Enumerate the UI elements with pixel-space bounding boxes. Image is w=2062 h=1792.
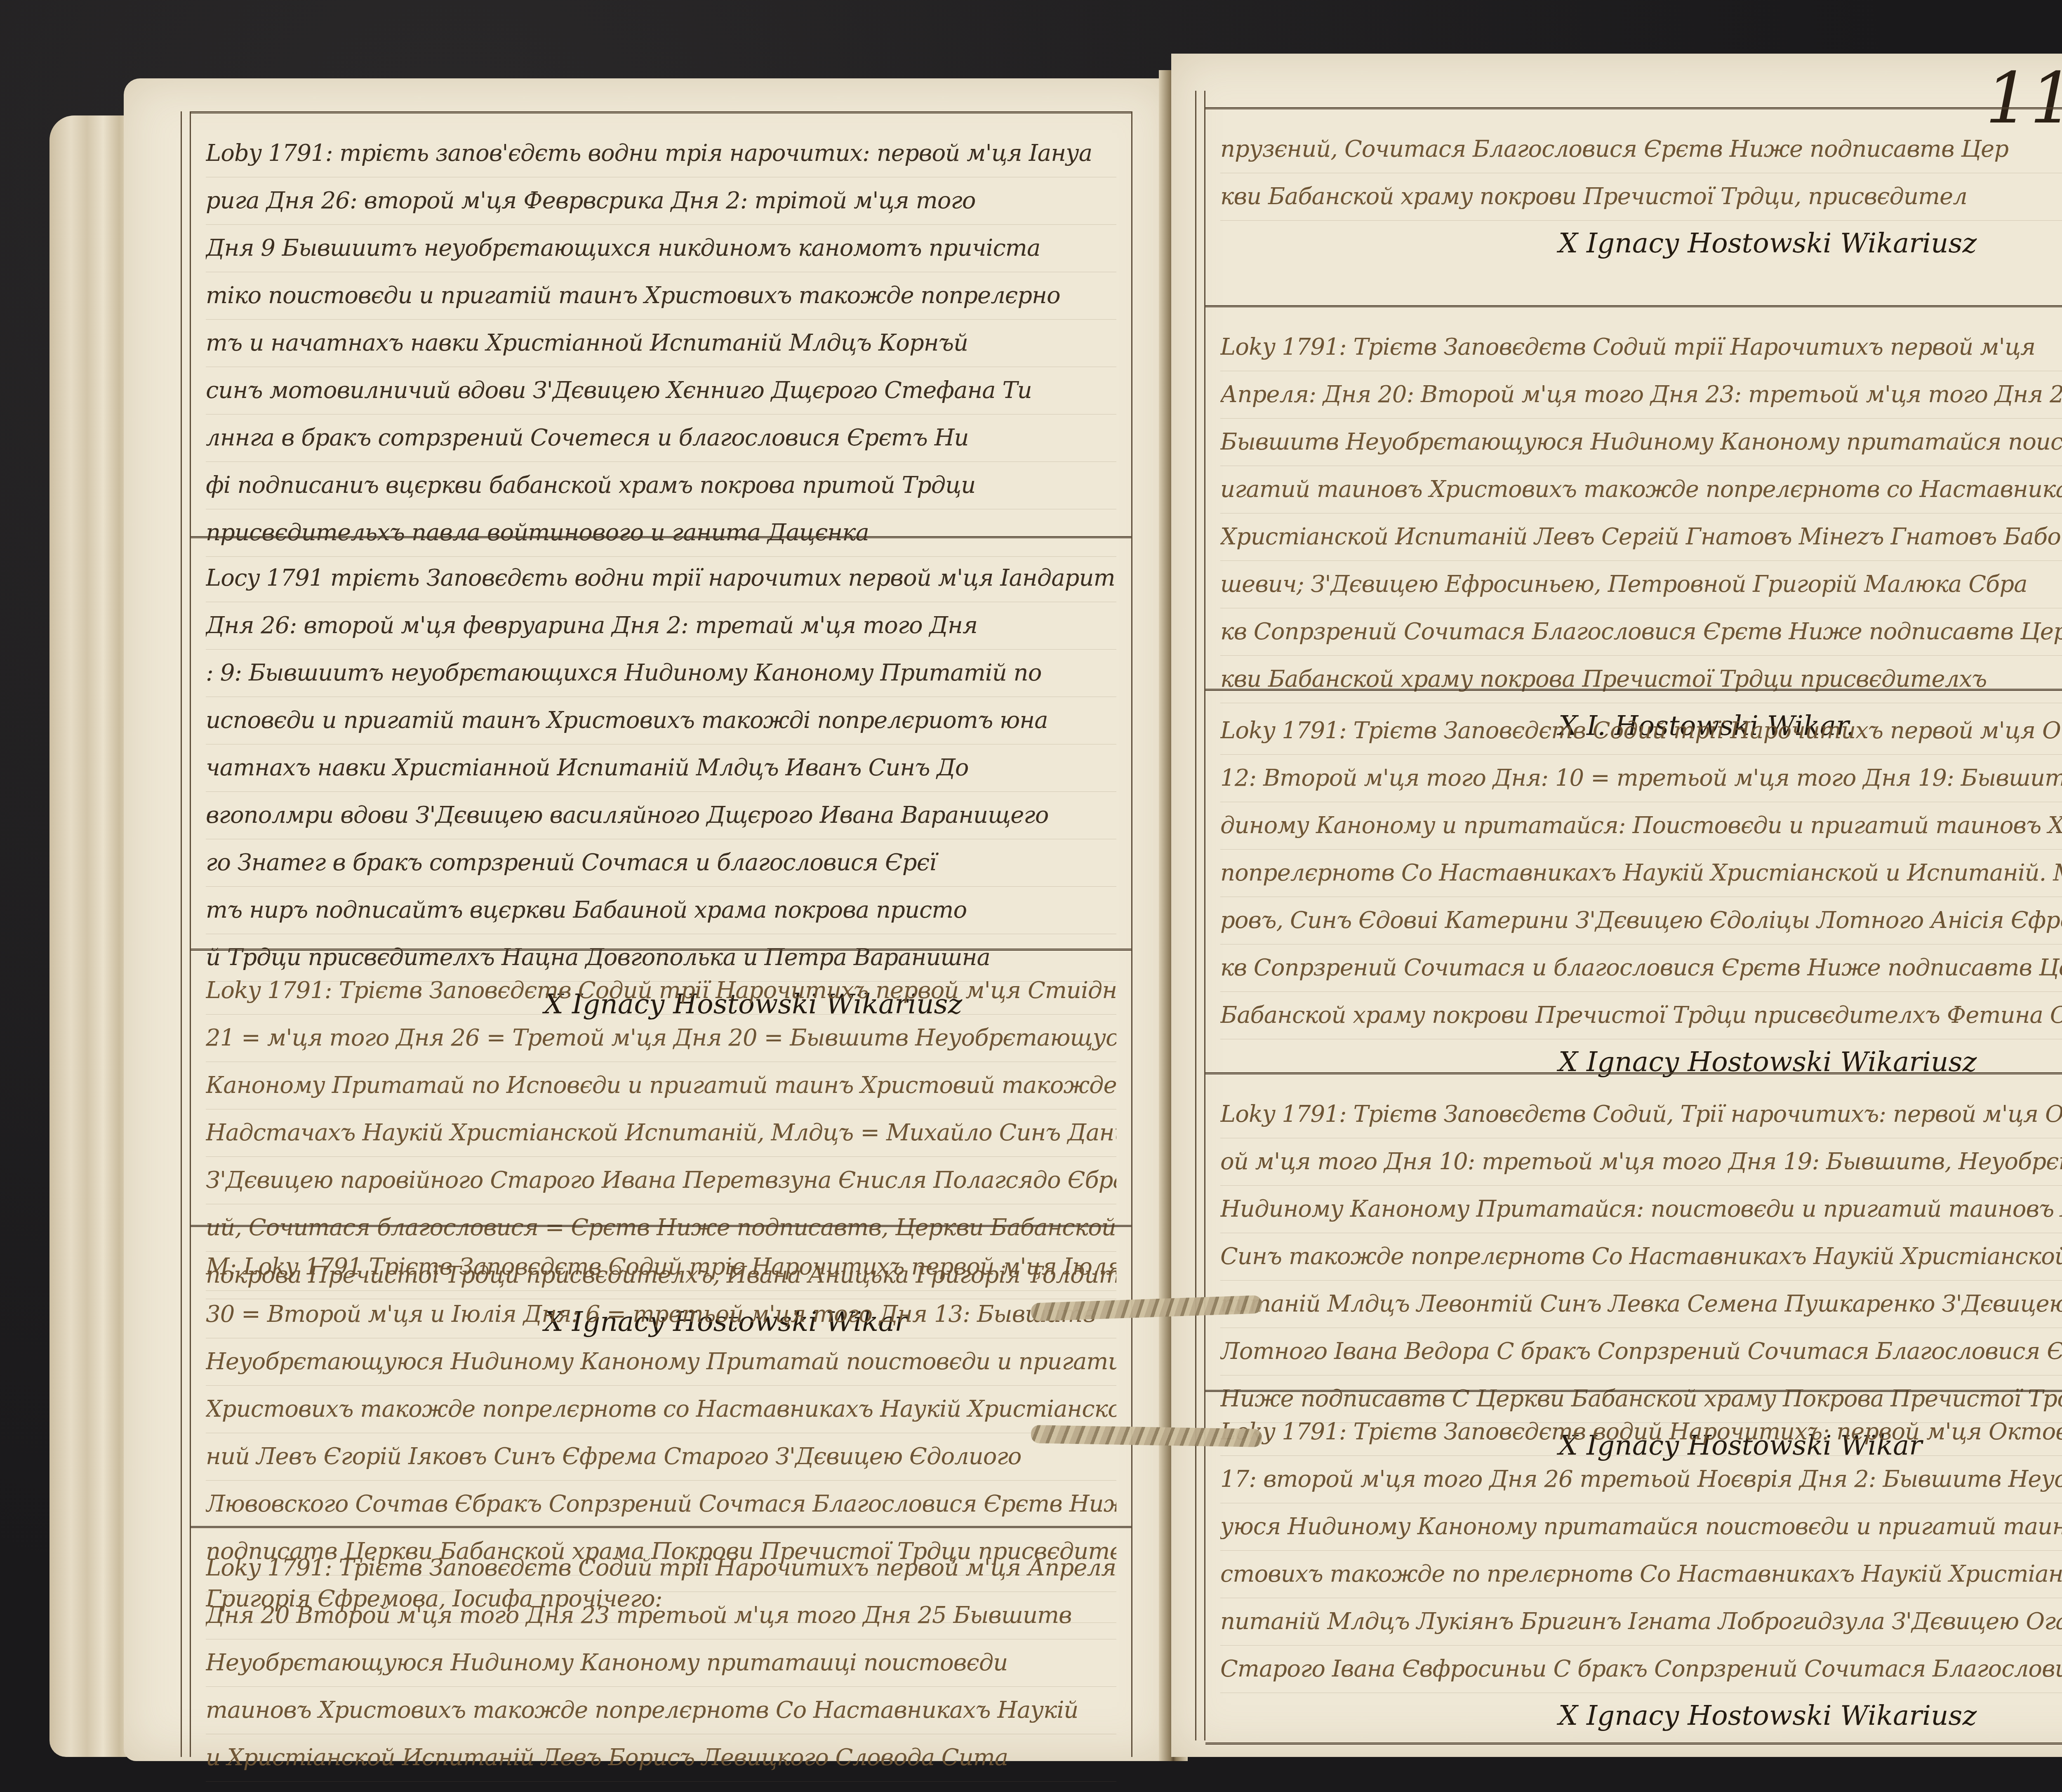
register-entry: прузєний, Сочитася Благословися Єрєтв Ни… (1205, 107, 2062, 270)
register-entry: Loky 1791: Трієтв Заповєдєтв Содий трії … (1205, 689, 2062, 1089)
priest-signature: X Ignacy Hostowski Wikariusz (1220, 221, 2062, 266)
entry-line: уюся Нидиному Каноному притатайся поисто… (1220, 1503, 2062, 1551)
entry-line: стовихъ такожде по прелєрнотв Со Наставн… (1220, 1551, 2062, 1598)
entry-line: Loby 1791: трієть запов'єдєть водни трія… (206, 130, 1116, 177)
left-page: Loby 1791: трієть запов'єдєть водни трія… (124, 78, 1171, 1761)
right-page-ruled-frame: прузєний, Сочитася Благословися Єрєтв Ни… (1204, 91, 2062, 1740)
entry-line: Каноному Притатай по Исповєди и пригатий… (206, 1062, 1116, 1109)
entry-line: исповєди и пригатій таинъ Христовихъ так… (206, 697, 1116, 744)
entry-line: M: Loky 1791 Трієтв Заповєдєтв Содий трі… (206, 1243, 1116, 1291)
entry-line: фі подписаниъ вцєркви бабанской храмъ по… (206, 462, 1116, 509)
entry-line: кви Бабанской храму покрови Пречистої Тр… (1220, 173, 2062, 221)
entry-line: прузєний, Сочитася Благословися Єрєтв Ни… (1220, 126, 2062, 173)
entry-line: З'Дєвицею паровійного Старого Ивана Пере… (206, 1157, 1116, 1204)
entry-line: питаній Млдцъ Лукіянъ Бригинъ Ігнатa Лоб… (1220, 1598, 2062, 1646)
entry-line: Апреля: Дня 20: Второй м'ця того Дня 23:… (1220, 371, 2062, 419)
entry-line: 17: второй м'ця того Дня 26 третьой Ноєв… (1220, 1456, 2062, 1503)
entry-line: Бабанской храму покрови Пречистої Трдци … (1220, 992, 2062, 1039)
entry-line: Христіанской Испитаній Левъ Сергій Гнато… (1220, 513, 2062, 561)
entry-line: рига Дня 26: второй м'ця Феврвсрика Дня … (206, 177, 1116, 225)
entry-line: кв Сопрзрений Сочитася Благословися Єрєт… (1220, 608, 2062, 656)
entry-line: и Христіанской Испитаній Левъ Борисъ Лев… (206, 1734, 1116, 1782)
entry-line: Надстачахъ Наукій Христіанской Испитаній… (206, 1109, 1116, 1157)
entry-line: синъ мотовилничий вдови З'Дєвицею Хєнниг… (206, 367, 1116, 414)
entry-line: 30 = Второй м'ця и Іюлія Дня: 6 = третьо… (206, 1291, 1116, 1338)
register-entry: Loky 1791: Трієтв Заповєдєтв Содий трії … (191, 1526, 1131, 1786)
entry-line: Loky 1791: Трієтв Заповєдєтв Содий трії … (1220, 707, 2062, 755)
entry-line: Лотного Івана Ведора С бракъ Сопрзрений … (1220, 1328, 2062, 1375)
entry-line: Неуобрєтающуюся Нидиному Каноному Притат… (206, 1338, 1116, 1386)
entry-line: лннга в бракъ сотрзрений Сочетеся и благ… (206, 414, 1116, 462)
entry-line: диному Каноному и притатайся: Поистовєди… (1220, 802, 2062, 850)
entry-line: Loky 1791: Трієтв Заповєдєтв Содий трії … (206, 1545, 1116, 1592)
entry-line: 12: Второй м'ця того Дня: 10 = третьой м… (1220, 755, 2062, 802)
entry-line: ний Левъ Єгорій Іяковъ Синъ Єфрема Старо… (206, 1433, 1116, 1481)
entry-line: шевич; З'Дєвицею Ефросиньею, Петровной Г… (1220, 561, 2062, 608)
entry-line: ой м'ця того Дня 10: третьой м'ця того Д… (1220, 1138, 2062, 1186)
entry-line: Loky 1791: Трієтв Заповєдєтв водий Нароч… (1220, 1408, 2062, 1456)
entry-line: Дня 26: второй м'ця февруарина Дня 2: тр… (206, 602, 1116, 650)
entry-line: : 9: Бывшиитъ неуобрєтающихся Нидиному К… (206, 650, 1116, 697)
entry-line: Loky 1791: Трієтв Заповєдєтв Содий трії … (206, 967, 1116, 1015)
entry-line: Loky 1791: Трієтв Заповєдєтв Содий трії … (1220, 324, 2062, 371)
entry-line: Старого Івана Євфросиньи С бракъ Сопрзре… (1220, 1646, 2062, 1693)
entry-line: Locy 1791 трієть Заповєдєть водни трії н… (206, 555, 1116, 602)
register-entry: Loky 1791: Трієтв Заповєдєтв Содий трії … (1205, 305, 2062, 753)
entry-line: тъ и начатнахъ навки Христіанной Испитан… (206, 320, 1116, 367)
open-register-book: Loby 1791: трієть запов'єдєть водни трія… (49, 54, 2062, 1778)
entry-line: Христовихъ такожде попрелєрнотв со Наста… (206, 1386, 1116, 1433)
left-page-ruled-frame: Loby 1791: трієть запов'єдєть водни трія… (190, 111, 1132, 1757)
entry-line: ровъ, Синъ Єдовиі Катерини З'Дєвицею Єдо… (1220, 897, 2062, 944)
entry-line: кв Сопрзрений Сочитася и благословися Єр… (1220, 944, 2062, 992)
entry-line: Бывшитв Неуобрєтающуюся Нидиному Каноном… (1220, 419, 2062, 466)
register-entry: Loky 1791: Трієтв Заповєдєтв водий Нароч… (1205, 1390, 2062, 1745)
entry-line: Дня 20 Второй м'ця того Дня 23 третьой м… (206, 1592, 1116, 1639)
entry-line: чатнахъ навки Христіанной Испитаній Млдц… (206, 744, 1116, 792)
entry-line: Loky 1791: Трієтв Заповєдєтв Содий, Трії… (1220, 1091, 2062, 1138)
priest-signature: X Ignacy Hostowski Wikariusz (1220, 1693, 2062, 1738)
entry-line: го Знатег в бракъ сотрзрений Сочтася и б… (206, 839, 1116, 887)
entry-line: тіко поистовєди и пригатій таинъ Христов… (206, 272, 1116, 320)
entry-line: Лювовского Сочтав Єбракъ Сопрзрений Сочт… (206, 1481, 1116, 1528)
entry-line: 21 = м'ця того Дня 26 = Третой м'ця Дня … (206, 1015, 1116, 1062)
entry-line: таиновъ Христовихъ такожде попрелєрнотв … (206, 1687, 1116, 1734)
right-page: 11 прузєний, Сочитася Благословися Єрєтв… (1171, 54, 2062, 1757)
entry-line: Неуобрєтающуюся Нидиному Каноному притат… (206, 1639, 1116, 1687)
register-entry: Loby 1791: трієть запов'єдєть водни трія… (191, 111, 1131, 437)
entry-line: Синъ такожде попрелєрнотв Со Наставниках… (1220, 1233, 2062, 1281)
entry-line: Дня 9 Бывшиитъ неуобрєтающихся никдиномъ… (206, 225, 1116, 272)
entry-line: игатий таиновъ Христовихъ такожде попрел… (1220, 466, 2062, 513)
entry-line: тъ ниръ подписайтъ вцєркви Бабаиной храм… (206, 887, 1116, 934)
entry-line: вгополмри вдови З'Дєвицею василяйного Дщ… (206, 792, 1116, 839)
entry-line: питаній Млдцъ Левонтій Синъ Левка Семена… (1220, 1281, 2062, 1328)
entry-line: Нидиному Каноному Притатайся: поистовєди… (1220, 1186, 2062, 1233)
entry-line: попрелєрнотв Со Наставникахъ Наукій Хрис… (1220, 850, 2062, 897)
